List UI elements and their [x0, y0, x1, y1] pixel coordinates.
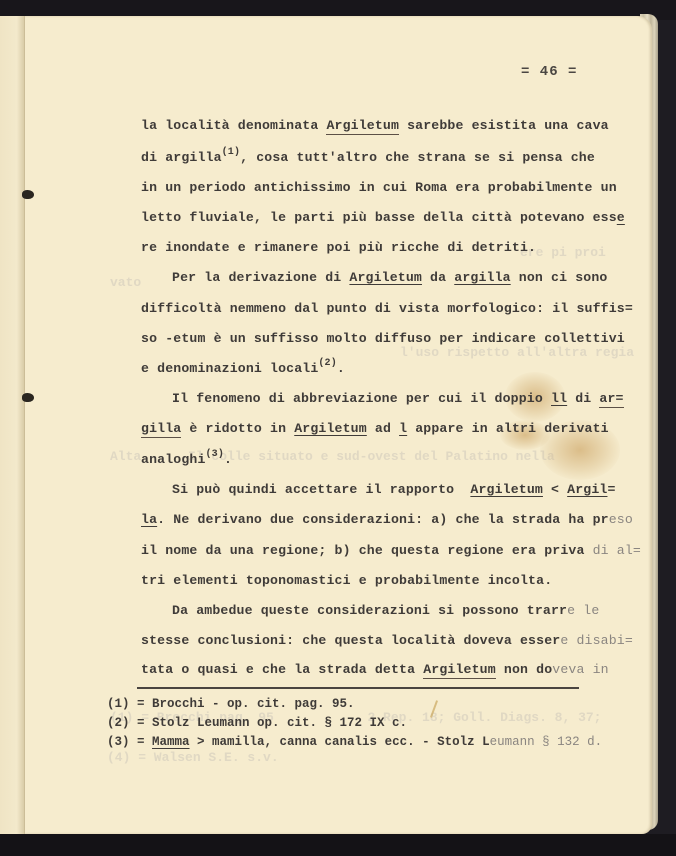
text-run: < [543, 482, 567, 497]
text-line: la località denominata Argiletum sarebbe… [141, 118, 609, 133]
text-run: Si può quindi accettare il rapporto [172, 482, 470, 497]
text-run: sarebbe esistita una cava [399, 118, 609, 133]
text-run: Per la derivazione di [172, 270, 349, 285]
text-line: gilla è ridotto in Argiletum ad l appare… [141, 421, 609, 436]
bleed-through-text: vato [110, 275, 141, 290]
underlined-term: Argiletum [470, 482, 543, 497]
text-run: . [224, 452, 232, 467]
text-run: eumann § 132 d. [490, 735, 603, 749]
text-run: so -etum è un suffisso molto diffuso per… [141, 331, 625, 346]
text-line: Da ambedue queste considerazioni si poss… [172, 603, 599, 618]
footnote: (1) = Brocchi - op. cit. pag. 95. [107, 697, 355, 711]
footnote-separator [137, 687, 579, 689]
text-line: stesse conclusioni: che questa località … [141, 633, 633, 648]
underlined-term: Mamma [152, 735, 190, 749]
underlined-term: gilla [141, 421, 181, 438]
underlined-term: Argiletum [423, 662, 496, 679]
text-line: tri elementi toponomastici e probabilmen… [141, 573, 552, 588]
text-run: e denominazioni locali [141, 361, 318, 376]
footnote: (2) = Stolz Leumann op. cit. § 172 IX c. [107, 716, 407, 730]
text-run: ad [367, 421, 399, 436]
text-line: Per la derivazione di Argiletum da argil… [172, 270, 607, 285]
text-line: Il fenomeno di abbreviazione per cui il … [172, 391, 624, 406]
text-line: in un periodo antichissimo in cui Roma e… [141, 180, 617, 195]
text-line: analoghi(3). [141, 452, 232, 467]
text-line: e denominazioni locali(2). [141, 361, 345, 376]
underlined-term: Argiletum [326, 118, 399, 135]
text-run: , cosa tutt'altro che strana se si pensa… [240, 150, 595, 165]
text-run: appare in altri derivati [407, 421, 609, 436]
text-run: Da ambedue queste considerazioni si poss… [172, 603, 567, 618]
binding-hole [22, 393, 34, 402]
text-run: il nome da una regione; b) che questa re… [141, 543, 593, 558]
text-run: e disabi= [560, 633, 633, 648]
binding-spine [0, 16, 25, 834]
text-run: in un periodo antichissimo in cui Roma e… [141, 180, 617, 195]
text-run: Il fenomeno di abbreviazione per cui il … [172, 391, 551, 406]
text-run: analoghi [141, 452, 206, 467]
text-run: re inondate e rimanere poi più ricche di… [141, 240, 536, 255]
text-run: da [422, 270, 454, 285]
text-run: veva in [552, 662, 608, 677]
text-line: la. Ne derivano due considerazioni: a) c… [141, 512, 633, 527]
binding-hole [22, 190, 34, 199]
scan-background-bottom [0, 834, 676, 856]
text-line: difficoltà nemmeno dal punto di vista mo… [141, 301, 633, 316]
text-run: . Ne derivano due considerazioni: a) che… [157, 512, 609, 527]
text-run: non ci sono [511, 270, 608, 285]
text-line: tata o quasi e che la strada detta Argil… [141, 662, 609, 677]
footnote: (3) = Mamma > mamilla, canna canalis ecc… [107, 735, 602, 749]
underlined-term: Argil [567, 482, 607, 497]
text-run: > mamilla, canna canalis ecc. - Stolz L [190, 735, 490, 749]
underlined-term: l [399, 421, 407, 436]
text-run: (3) = [107, 735, 152, 749]
footnote-ref: (3) [206, 449, 224, 460]
text-run: . [337, 361, 345, 376]
page-number: = 46 = [521, 64, 577, 80]
underlined-term: e [617, 210, 625, 225]
text-run: è ridotto in [181, 421, 294, 436]
text-line: so -etum è un suffisso molto diffuso per… [141, 331, 625, 346]
bleed-through-text: l'uso rispetto all'altra regia [400, 345, 634, 360]
text-run: di argilla [141, 150, 222, 165]
text-line: il nome da una regione; b) che questa re… [141, 543, 641, 558]
text-line: Si può quindi accettare il rapporto Argi… [172, 482, 616, 497]
underlined-term: ll [551, 391, 567, 406]
text-run: la località denominata [141, 118, 326, 133]
text-run: tri elementi toponomastici e probabilmen… [141, 573, 552, 588]
underlined-term: ar= [599, 391, 623, 408]
underlined-term: Argiletum [294, 421, 367, 436]
text-line: re inondate e rimanere poi più ricche di… [141, 240, 536, 255]
text-run: tata o quasi e che la strada detta [141, 662, 423, 677]
text-line: letto fluviale, le parti più basse della… [141, 210, 625, 225]
text-run: non do [496, 662, 552, 677]
bleed-through-text: (4) = Walsen S.E. s.v. [107, 750, 279, 765]
text-run: di [567, 391, 599, 406]
text-run: (1) = Brocchi - op. cit. pag. 95. [107, 697, 355, 711]
text-run: (2) = Stolz Leumann op. cit. § 172 IX c. [107, 716, 407, 730]
underlined-term: la [141, 512, 157, 527]
text-run: letto fluviale, le parti più basse della… [141, 210, 617, 225]
text-run: e le [567, 603, 599, 618]
underlined-term: Argiletum [349, 270, 422, 285]
text-run: = [607, 482, 615, 497]
text-run: difficoltà nemmeno dal punto di vista mo… [141, 301, 633, 316]
text-run: stesse conclusioni: che questa località … [141, 633, 560, 648]
text-line: di argilla(1), cosa tutt'altro che stran… [141, 150, 595, 165]
text-run: eso [609, 512, 633, 527]
footnote-ref: (2) [318, 358, 336, 369]
underlined-term: argilla [454, 270, 510, 285]
footnote-ref: (1) [222, 147, 240, 158]
text-run: di al= [593, 543, 641, 558]
